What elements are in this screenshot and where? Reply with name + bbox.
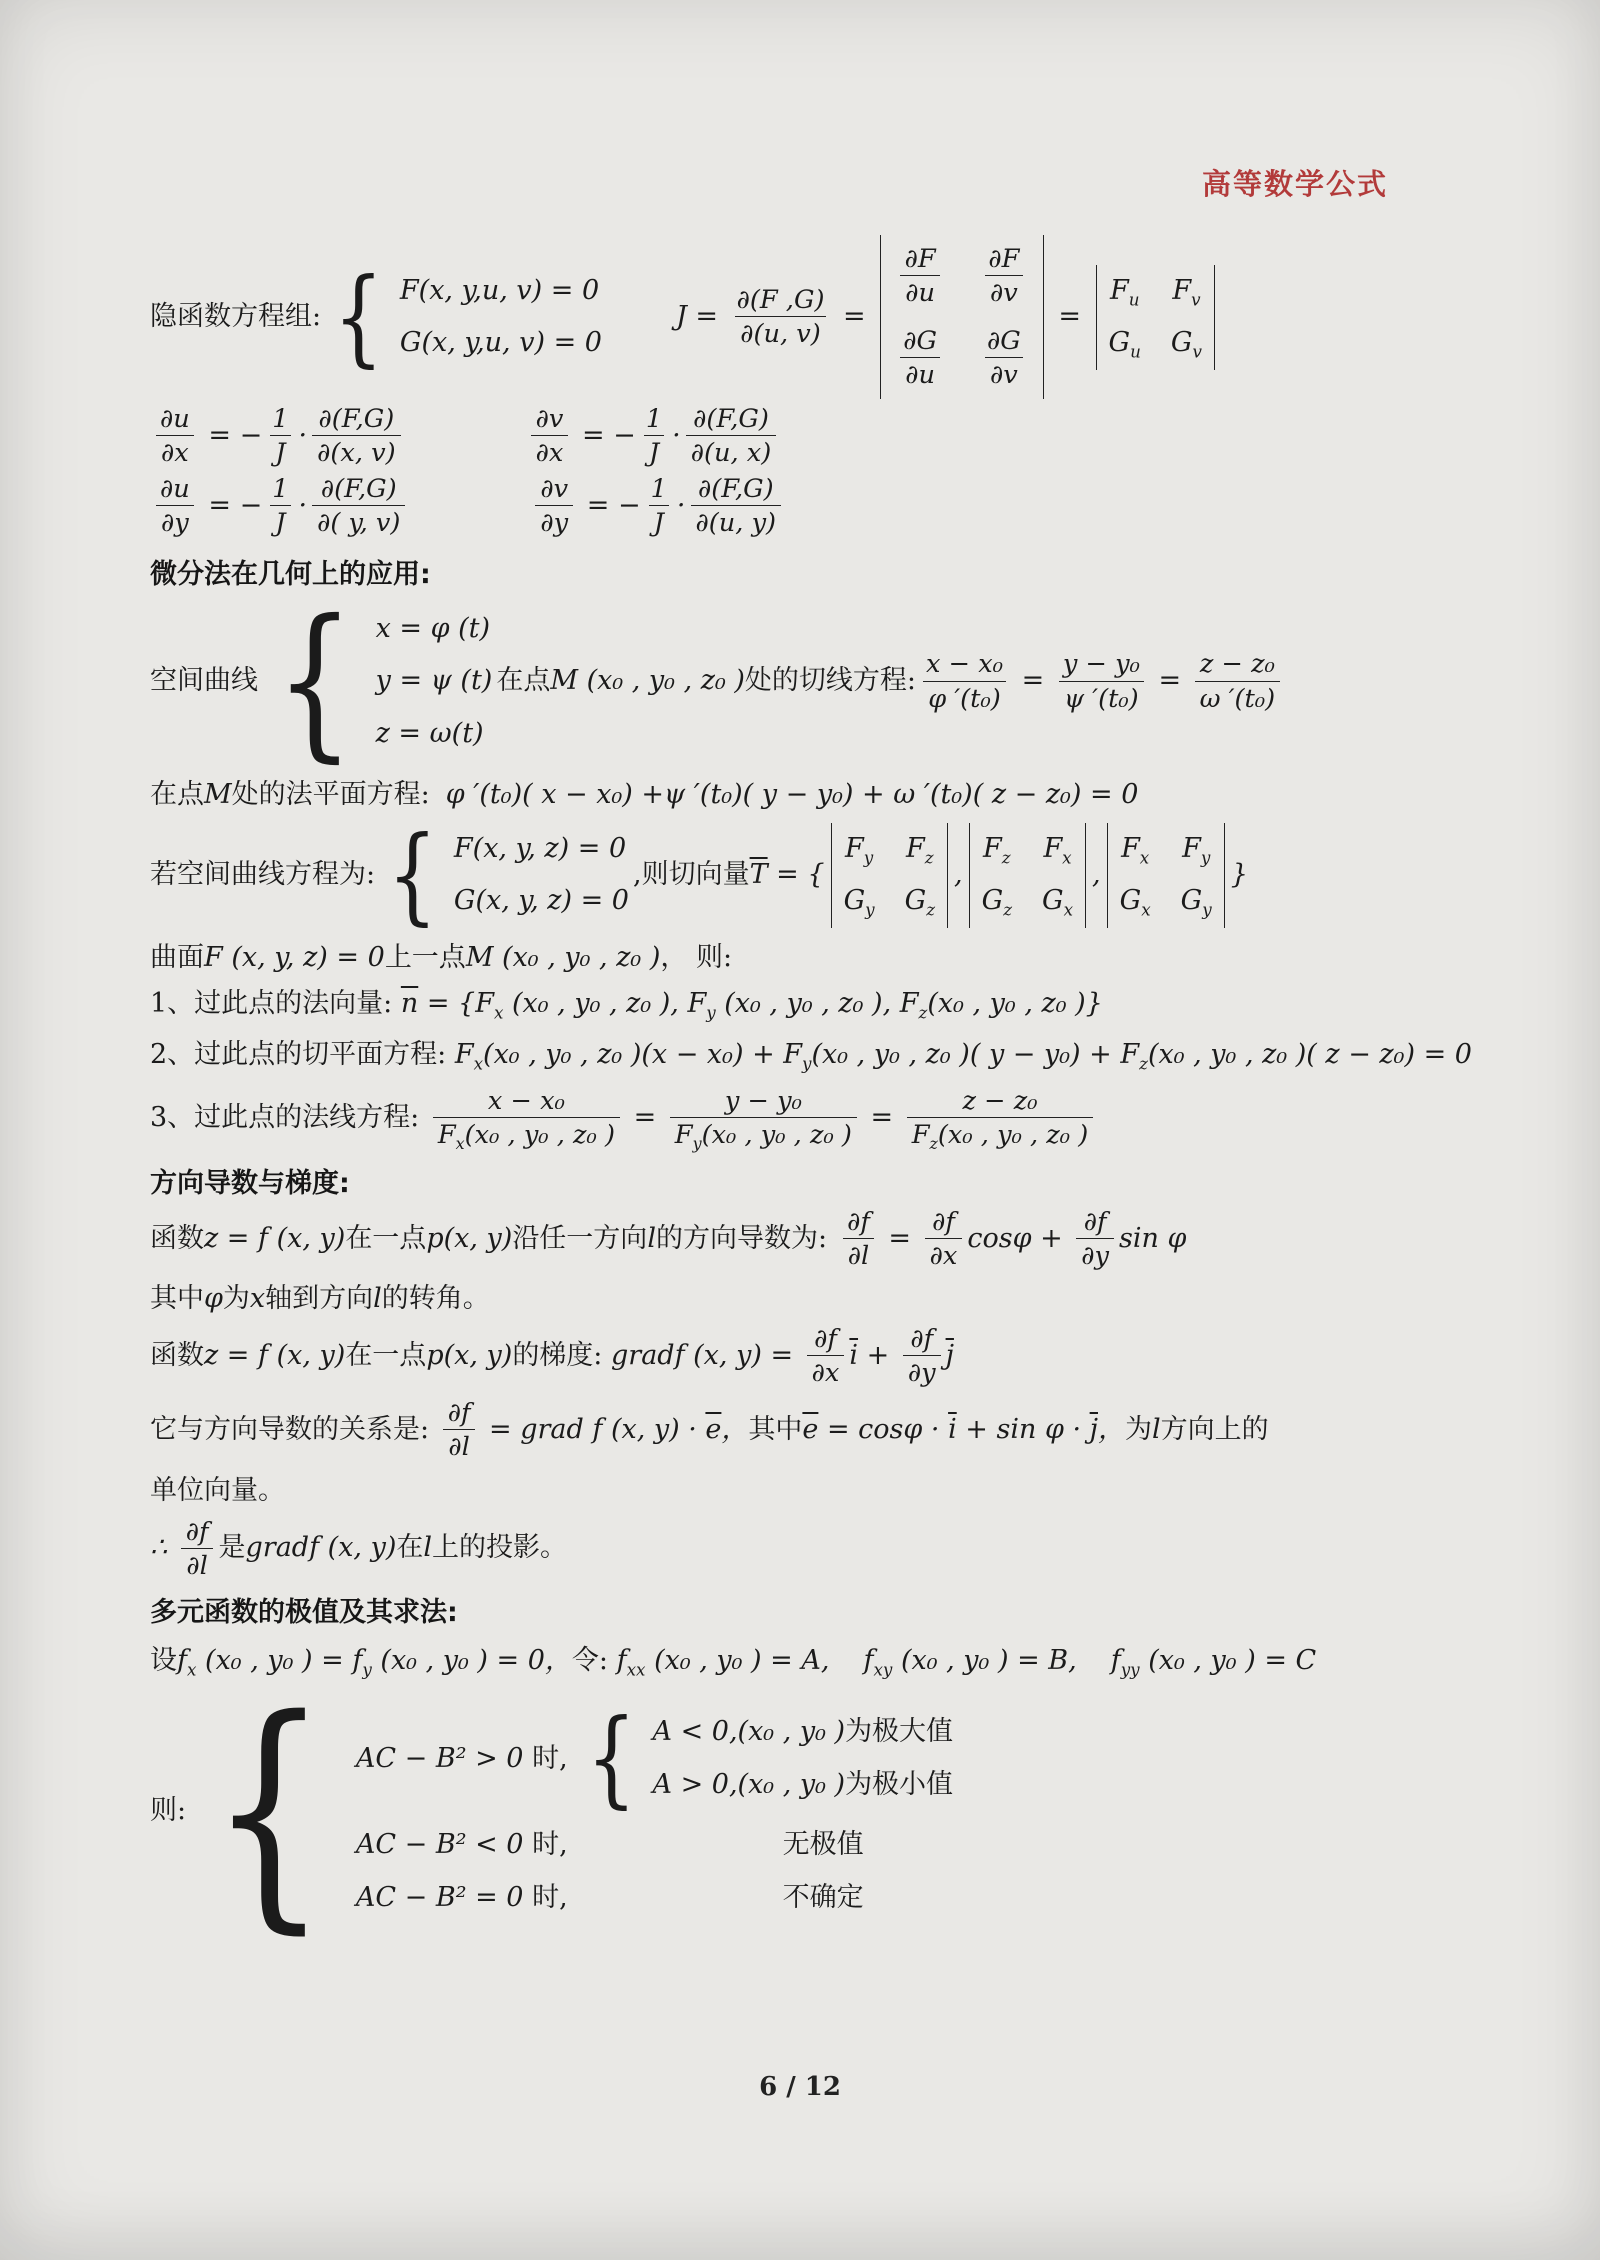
subscript: z (1002, 847, 1011, 867)
determinant-cell: Gx (1042, 883, 1073, 919)
math-run: (x₀ , y₀ , z₀ )} (927, 986, 1103, 1022)
fraction: ∂v∂y (535, 473, 573, 539)
math-run: J (275, 508, 285, 538)
subscripted-symbol: Fy (1182, 831, 1210, 867)
subscript: z (925, 847, 934, 867)
subscripted-symbol: fy (352, 1643, 371, 1679)
vector-bar: e (705, 1412, 721, 1448)
math-run: M (x₀ , y₀ , z₀ ) (466, 940, 661, 976)
math-run: = cosφ · (818, 1412, 948, 1448)
brace-group: {A < 0,(x₀ , y₀ )为极大值A > 0,(x₀ , y₀ )为极小… (578, 1706, 953, 1811)
denominator: ∂( y, v) (312, 505, 405, 539)
subscripted-symbol: Gy (1181, 883, 1212, 919)
math-run: · (299, 488, 308, 524)
fraction: y − y₀Fy(x₀ , y₀ , z₀ ) (670, 1085, 857, 1151)
subscripted-symbol: Gy (844, 883, 875, 919)
math-run: z = ω(t) (376, 716, 484, 752)
subscript: z (1139, 1053, 1148, 1073)
fraction: ∂(F,G)∂(u, y) (691, 473, 782, 539)
math-run: G(x, y,u, v) = 0 (400, 325, 602, 361)
text-run: 设 (150, 1643, 177, 1679)
brace-row: A < 0,(x₀ , y₀ )为极大值 (652, 1714, 953, 1750)
math-run: ∂f (1084, 1207, 1107, 1237)
math-run: M (204, 777, 232, 813)
subscript: x (1062, 847, 1071, 867)
math-run: ∂(F ,G) (737, 285, 825, 315)
subscripted-symbol: Fx (438, 1120, 465, 1150)
denominator: ∂l (843, 1238, 874, 1272)
determinant-cell: Gy (1181, 883, 1212, 919)
determinant-cell: Gy (844, 883, 875, 919)
formula-gradient-relation: 它与方向导数的关系是: ∂f∂l = grad f (x, y) · e，其中e… (150, 1397, 1540, 1463)
text-run: 则: (150, 1793, 186, 1829)
brace-group: {F(x, y, z) = 0G(x, y, z) = 0 (379, 823, 629, 928)
math-run: 1 (272, 474, 288, 504)
denominator: ∂x (156, 435, 194, 469)
page-header: 高等数学公式 (1202, 162, 1388, 203)
determinant-cell: Fx (1043, 831, 1071, 867)
math-run: = − (200, 488, 262, 524)
text-run: 处的切线方程: (745, 663, 916, 699)
fraction: ∂(F,G)∂(u, x) (686, 403, 777, 469)
math-run: = (1150, 663, 1190, 699)
numerator: x − x₀ (921, 648, 1008, 680)
math-run: ∂y (540, 508, 568, 538)
numerator: z − z₀ (957, 1085, 1042, 1117)
determinant: FuFvGuGv (1096, 265, 1215, 370)
fraction: ∂G∂v (982, 325, 1026, 391)
denominator: Fz(x₀ , y₀ , z₀ ) (907, 1117, 1094, 1151)
numerator: ∂u (155, 473, 195, 505)
text-run: 为 (223, 1281, 250, 1317)
brace-row: AC − B² > 0 时,{A < 0,(x₀ , y₀ )为极大值A > 0… (356, 1706, 957, 1811)
subscripted-symbol: fxy (863, 1643, 892, 1679)
derivative-row-2: ∂u∂y = −1J·∂(F,G)∂( y, v) ∂v∂y = −1J·∂(F… (150, 473, 1540, 539)
numerator: ∂(F,G) (314, 403, 400, 435)
math-run: ， (1098, 1412, 1125, 1448)
math-run: y − y₀ (1063, 649, 1140, 679)
formula-extremum-setup: 设fx (x₀ , y₀ ) = fy (x₀ , y₀ ) = 0，令: fx… (150, 1643, 1540, 1679)
text-run: ,则切向量 (633, 857, 750, 893)
numerator: ∂u (155, 403, 195, 435)
fraction: ∂f∂y (903, 1323, 941, 1389)
subscripted-symbol: Fx (475, 986, 503, 1022)
numerator: ∂f (927, 1206, 960, 1238)
subscripted-symbol: Fz (906, 831, 934, 867)
math-run: ψ ′(t₀) (1064, 684, 1139, 714)
fraction: ∂f∂l (443, 1397, 476, 1463)
fraction: z − z₀Fz(x₀ , y₀ , z₀ ) (907, 1085, 1094, 1151)
text-run: 在一点 (345, 1338, 426, 1374)
math-run: ∂f (814, 1324, 837, 1354)
formula-extremum-cases: 则:{AC − B² > 0 时,{A < 0,(x₀ , y₀ )为极大值A … (150, 1687, 1540, 1935)
subscripted-symbol: Fy (845, 831, 873, 867)
math-run: ∂(F,G) (693, 404, 769, 434)
formula-normal-vector-item: 1、过此点的法向量: n = {Fx (x₀ , y₀ , z₀ ), Fy (… (150, 986, 1540, 1022)
denominator: ∂x (807, 1355, 845, 1389)
numerator: ∂f (181, 1516, 214, 1548)
subscript: y (865, 900, 874, 920)
math-run: z − z₀ (962, 1086, 1037, 1116)
brace-row: G(x, y, z) = 0 (454, 883, 629, 919)
math-run: φ ′(t₀)( x − x₀) +ψ ′(t₀)( y − y₀) + ω ′… (446, 777, 1139, 813)
subscript: z (930, 1134, 938, 1153)
formula-directional-derivative: 函数z = f (x, y)在一点p(x, y)沿任一方向l的方向导数为:∂f∂… (150, 1206, 1540, 1272)
text-run: 曲面 (150, 940, 204, 976)
math-run: · (677, 488, 686, 524)
denominator: ∂u (900, 275, 940, 309)
math-run: G(x, y, z) = 0 (454, 883, 629, 919)
math-run: (x₀ , y₀ , z₀ ), (716, 986, 900, 1022)
page-number: 6 / 12 (0, 2072, 1600, 2102)
fraction: z − z₀ω ′(t₀) (1195, 648, 1280, 714)
derivative-row-1: ∂u∂x = −1J·∂(F,G)∂(x, v) ∂v∂x = −1J·∂(F,… (150, 403, 1540, 469)
math-run: J (649, 438, 659, 468)
brace-group: {x = φ (t)y = ψ (t)z = ω(t) (262, 599, 492, 765)
numerator: ∂v (531, 403, 569, 435)
math-run: F(x, y,u, v) = 0 (400, 273, 599, 309)
math-run: + sin φ · (957, 1412, 1090, 1448)
brace-row: AC − B² < 0 时,无极值 (356, 1827, 864, 1863)
math-run: z − z₀ (1200, 649, 1275, 679)
denominator: Fy(x₀ , y₀ , z₀ ) (670, 1117, 857, 1151)
text-run: 空间曲线 (150, 663, 258, 699)
brace-rows: F(x, y, z) = 0G(x, y, z) = 0 (454, 831, 629, 920)
math-run: = − (578, 488, 640, 524)
text-run: 它与方向导数的关系是: (150, 1412, 438, 1448)
subscripted-symbol: Fy (675, 1120, 702, 1150)
determinant-cell: Fu (1110, 273, 1140, 309)
fraction: ∂u∂y (155, 473, 195, 539)
math-run: A < 0,(x₀ , y₀ ) (652, 1714, 845, 1750)
math-run: ∂x (161, 438, 189, 468)
text-run: 在一点 (345, 1221, 426, 1257)
text-run: 的方向导数为: (656, 1221, 827, 1257)
denominator: ∂u (900, 357, 940, 391)
subscript: u (1130, 342, 1141, 362)
subscripted-symbol: Gv (1171, 325, 1202, 361)
brace-rows: AC − B² > 0 时,{A < 0,(x₀ , y₀ )为极大值A > 0… (356, 1706, 957, 1916)
text-run: 为极小值 (845, 1767, 953, 1803)
text-run: 3、过此点的法线方程: (150, 1100, 428, 1136)
subscript: y (864, 847, 873, 867)
determinant-cell: Gz (905, 883, 935, 919)
math-run: ∂G (903, 326, 937, 356)
math-run: ∂x (536, 438, 564, 468)
math-run: + (858, 1338, 898, 1374)
math-run: ∂v (540, 474, 568, 504)
denominator: ∂l (443, 1429, 474, 1463)
denominator: Fx(x₀ , y₀ , z₀ ) (433, 1117, 620, 1151)
math-run: ∂(u, v) (740, 319, 821, 349)
subscripted-symbol: Fy (783, 1037, 811, 1073)
numerator: y − y₀ (1058, 648, 1145, 680)
numerator: ∂f (809, 1323, 842, 1355)
text-run: 沿任一方向 (512, 1221, 647, 1257)
math-run: (x₀ , y₀ , z₀ )( y − y₀) + (812, 1037, 1121, 1073)
text-run: 为 (1125, 1412, 1152, 1448)
formula-dv-dx: ∂v∂x = −1J·∂(F,G)∂(u, x) (526, 403, 782, 469)
subscripted-symbol: fyy (1111, 1643, 1140, 1679)
subscripted-symbol: Fz (900, 986, 928, 1022)
left-brace: { (210, 1687, 328, 1935)
math-run: ∂x (812, 1358, 840, 1388)
math-run: J (654, 508, 664, 538)
formula-gradient: 函数z = f (x, y)在一点p(x, y)的梯度: gradf (x, y… (150, 1323, 1540, 1389)
numerator: x − x₀ (483, 1085, 570, 1117)
math-run: 1 (646, 404, 662, 434)
numerator: ∂f (443, 1397, 476, 1429)
formula-tangent-plane-item: 2、过此点的切平面方程: Fx(x₀ , y₀ , z₀ )(x − x₀) +… (150, 1037, 1540, 1073)
text-run: 若空间曲线方程为: (150, 857, 375, 893)
subscript: y (1201, 847, 1210, 867)
subscript: x (1140, 847, 1149, 867)
math-run: = − (573, 418, 635, 454)
math-run: y − y₀ (725, 1086, 802, 1116)
subscript: x (456, 1134, 465, 1153)
math-run: x = φ (t) (376, 611, 490, 647)
text-run: 2、过此点的切平面方程: (150, 1037, 455, 1073)
vector-bar: j (946, 1338, 954, 1374)
subscript: z (926, 900, 935, 920)
text-run: ， 则: (660, 940, 732, 976)
formula-curve-tangent-vector: 若空间曲线方程为:{F(x, y, z) = 0G(x, y, z) = 0,则… (150, 823, 1540, 928)
math-run: ∂( y, v) (317, 508, 400, 538)
text-run: 在点 (150, 777, 204, 813)
math-run: (x₀ , y₀ , z₀ ) (465, 1120, 615, 1150)
fraction: ∂f∂x (807, 1323, 845, 1389)
subscript: y (706, 1003, 715, 1023)
determinant-cell: ∂F∂v (978, 243, 1029, 309)
text-run: 上一点 (385, 940, 466, 976)
heading-geometry-applications: 微分法在几何上的应用: (150, 552, 1540, 591)
fraction: ∂G∂u (898, 325, 942, 391)
numerator: ∂(F,G) (316, 473, 402, 505)
text-run: 时, (532, 1741, 568, 1777)
text-run: 其中 (150, 1281, 204, 1317)
math-run: (x₀ , y₀ ) = B, (892, 1643, 1076, 1679)
subscript: y (693, 1134, 702, 1153)
denominator: ∂v (985, 275, 1023, 309)
subscripted-symbol: Gz (905, 883, 935, 919)
math-run: } (1231, 857, 1248, 893)
subscript: x (1141, 900, 1150, 920)
subscript: z (919, 1003, 928, 1023)
text-run: 无极值 (783, 1827, 864, 1863)
heading-extremum: 多元函数的极值及其求法: (150, 1590, 1540, 1629)
formula-du-dx: ∂u∂x = −1J·∂(F,G)∂(x, v) (150, 403, 406, 469)
denominator: ∂y (535, 505, 573, 539)
brace-row: A > 0,(x₀ , y₀ )为极小值 (652, 1767, 953, 1803)
determinant-cell: Gu (1109, 325, 1141, 361)
math-run: = (1013, 663, 1053, 699)
subscript: xx (627, 1659, 646, 1679)
subscript: v (1191, 289, 1200, 309)
subscripted-symbol: Fz (983, 831, 1011, 867)
math-run: ∂f (932, 1207, 955, 1237)
math-run: = { (768, 857, 825, 893)
text-run: 函数 (150, 1338, 204, 1374)
text-run: 是 (219, 1530, 246, 1566)
math-run: (x₀ , y₀ , z₀ ) (938, 1120, 1088, 1150)
numerator: 1 (267, 473, 293, 505)
denominator: ∂(x, v) (312, 435, 401, 469)
subscript: x (474, 1053, 483, 1073)
denominator: J (270, 435, 290, 469)
math-run: J = (676, 299, 727, 335)
fraction: 1J (267, 403, 293, 469)
math-run: z = f (x, y) (204, 1221, 345, 1257)
heading-directional-derivative: 方向导数与梯度: (150, 1161, 1540, 1200)
math-run: (x₀ , y₀ ) = C (1140, 1643, 1317, 1679)
math-run: ∂F (905, 244, 936, 274)
subscript: x (1064, 900, 1073, 920)
math-run: ∂l (448, 1432, 469, 1462)
subscript: v (1192, 342, 1201, 362)
math-run: ∂u (905, 360, 935, 390)
math-run: ∴ (150, 1530, 176, 1566)
math-run: (x₀ , y₀ ) = A, (645, 1643, 829, 1679)
subscripted-symbol: Fz (1120, 1037, 1148, 1073)
formula-normal-plane: 在点M处的法平面方程:φ ′(t₀)( x − x₀) +ψ ′(t₀)( y … (150, 777, 1540, 813)
denominator: ∂y (156, 505, 194, 539)
math-run: sin φ (1119, 1221, 1186, 1257)
brace-group: {AC − B² > 0 时,{A < 0,(x₀ , y₀ )为极大值A > … (190, 1687, 957, 1935)
math-run: ∂y (161, 508, 189, 538)
math-run: ∂f (448, 1398, 471, 1428)
numerator: ∂(F ,G) (732, 284, 830, 316)
subscript: u (1129, 289, 1140, 309)
numerator: z − z₀ (1195, 648, 1280, 680)
subscript: y (362, 1659, 371, 1679)
formula-dv-dy: ∂v∂y = −1J·∂(F,G)∂(u, y) (530, 473, 786, 539)
denominator: ∂v (985, 357, 1023, 391)
text-run: 隐函数方程组: (150, 299, 321, 335)
math-run: ∂u (160, 404, 190, 434)
math-run: ∂u (160, 474, 190, 504)
brace-row: y = ψ (t) (376, 663, 493, 699)
brace-rows: x = φ (t)y = ψ (t)z = ω(t) (376, 611, 493, 752)
text-run: 1、过此点的法向量: (150, 986, 401, 1022)
text-run: 令: (572, 1643, 617, 1679)
numerator: ∂G (898, 325, 942, 357)
math-run: = grad f (x, y) · (480, 1412, 705, 1448)
math-run: z = f (x, y) (204, 1338, 345, 1374)
math-run: = − (200, 418, 262, 454)
subscripted-symbol: fxx (617, 1643, 646, 1679)
fraction: 1J (641, 403, 667, 469)
fraction: ∂v∂x (531, 403, 569, 469)
math-run: x − x₀ (488, 1086, 565, 1116)
determinant-cell: Gx (1120, 883, 1151, 919)
math-run: F (x, y, z) = 0 (204, 940, 385, 976)
denominator: ∂l (181, 1548, 212, 1582)
numerator: ∂F (900, 243, 941, 275)
denominator: ∂(u, x) (686, 435, 777, 469)
vector-bar: n (401, 986, 418, 1022)
numerator: ∂v (535, 473, 573, 505)
fraction: ∂(F,G)∂( y, v) (312, 473, 405, 539)
vector-bar: i (948, 1412, 957, 1448)
brace-row: F(x, y,u, v) = 0 (400, 273, 599, 309)
numerator: ∂(F,G) (688, 403, 774, 435)
determinant-cell: Gz (982, 883, 1012, 919)
determinant-cell: Fy (845, 831, 873, 867)
determinant-cell: Fx (1121, 831, 1149, 867)
partial-derivative-grid: ∂u∂x = −1J·∂(F,G)∂(x, v) ∂v∂x = −1J·∂(F,… (150, 403, 1540, 539)
math-run: = (862, 1100, 902, 1136)
math-run: ∂f (847, 1207, 870, 1237)
math-run: = (1050, 299, 1090, 335)
determinant-cell: ∂G∂v (977, 325, 1031, 391)
math-run: · (672, 418, 681, 454)
subscripted-symbol: Gx (1120, 883, 1151, 919)
fraction: ∂F∂u (900, 243, 941, 309)
text-run: 方向上的 (1161, 1412, 1269, 1448)
subscripted-symbol: Fu (1110, 273, 1140, 309)
math-run: M (x₀ , y₀ , z₀ ) (550, 663, 745, 699)
numerator: 1 (646, 473, 672, 505)
numerator: y − y₀ (720, 1085, 807, 1117)
math-run: cosφ + (967, 1221, 1071, 1257)
fraction: ∂u∂x (155, 403, 195, 469)
denominator: ∂(u, y) (691, 505, 782, 539)
math-run: 1 (651, 474, 667, 504)
numerator: ∂(F,G) (693, 473, 779, 505)
math-run: , (954, 857, 963, 893)
numerator: ∂G (982, 325, 1026, 357)
brace-row: x = φ (t) (376, 611, 490, 647)
brace-row: F(x, y, z) = 0 (454, 831, 626, 867)
subscripted-symbol: Fx (455, 1037, 483, 1073)
denominator: φ ′(t₀) (923, 681, 1006, 715)
math-run: ∂u (905, 278, 935, 308)
math-run: J (275, 438, 285, 468)
fraction: ∂f∂y (1076, 1206, 1114, 1272)
numerator: ∂f (1079, 1206, 1112, 1238)
denominator: ∂(u, v) (735, 316, 826, 350)
vector-bar: T (750, 857, 768, 893)
math-run: l (373, 1281, 382, 1317)
math-run: (x₀ , y₀ ) = 0， (372, 1643, 572, 1679)
math-run: (x₀ , y₀ , z₀ )( z − z₀) = 0 (1148, 1037, 1472, 1073)
text-run: 处的法平面方程: (232, 777, 430, 813)
numerator: 1 (267, 403, 293, 435)
determinant: FyFzGyGz (831, 823, 948, 928)
math-run: l (423, 1530, 432, 1566)
math-run: gradf (x, y) = (611, 1338, 802, 1374)
determinant-cell: Gv (1171, 325, 1202, 361)
math-run: ∂l (186, 1551, 207, 1581)
subscript: x (187, 1659, 196, 1679)
math-run: φ (204, 1281, 223, 1317)
formula-unit-vector-note: 单位向量。 (150, 1473, 1540, 1509)
formula-normal-line-item: 3、过此点的法线方程: x − x₀Fx(x₀ , y₀ , z₀ ) = y … (150, 1085, 1540, 1151)
math-run: (x₀ , y₀ , z₀ ), (503, 986, 687, 1022)
math-run: = (834, 299, 874, 335)
determinant-cell: Fz (983, 831, 1011, 867)
math-run: l (1152, 1412, 1161, 1448)
subscript: y (1202, 900, 1211, 920)
math-run: ， (721, 1412, 748, 1448)
text-run: 其中 (748, 1412, 802, 1448)
denominator: ψ ′(t₀) (1059, 681, 1144, 715)
subscripted-symbol: Fz (912, 1120, 938, 1150)
math-run: AC − B² > 0 (356, 1741, 532, 1777)
math-run: gradf (x, y) (246, 1530, 397, 1566)
text-run: 时, (532, 1827, 568, 1863)
brace-row: G(x, y,u, v) = 0 (400, 325, 602, 361)
